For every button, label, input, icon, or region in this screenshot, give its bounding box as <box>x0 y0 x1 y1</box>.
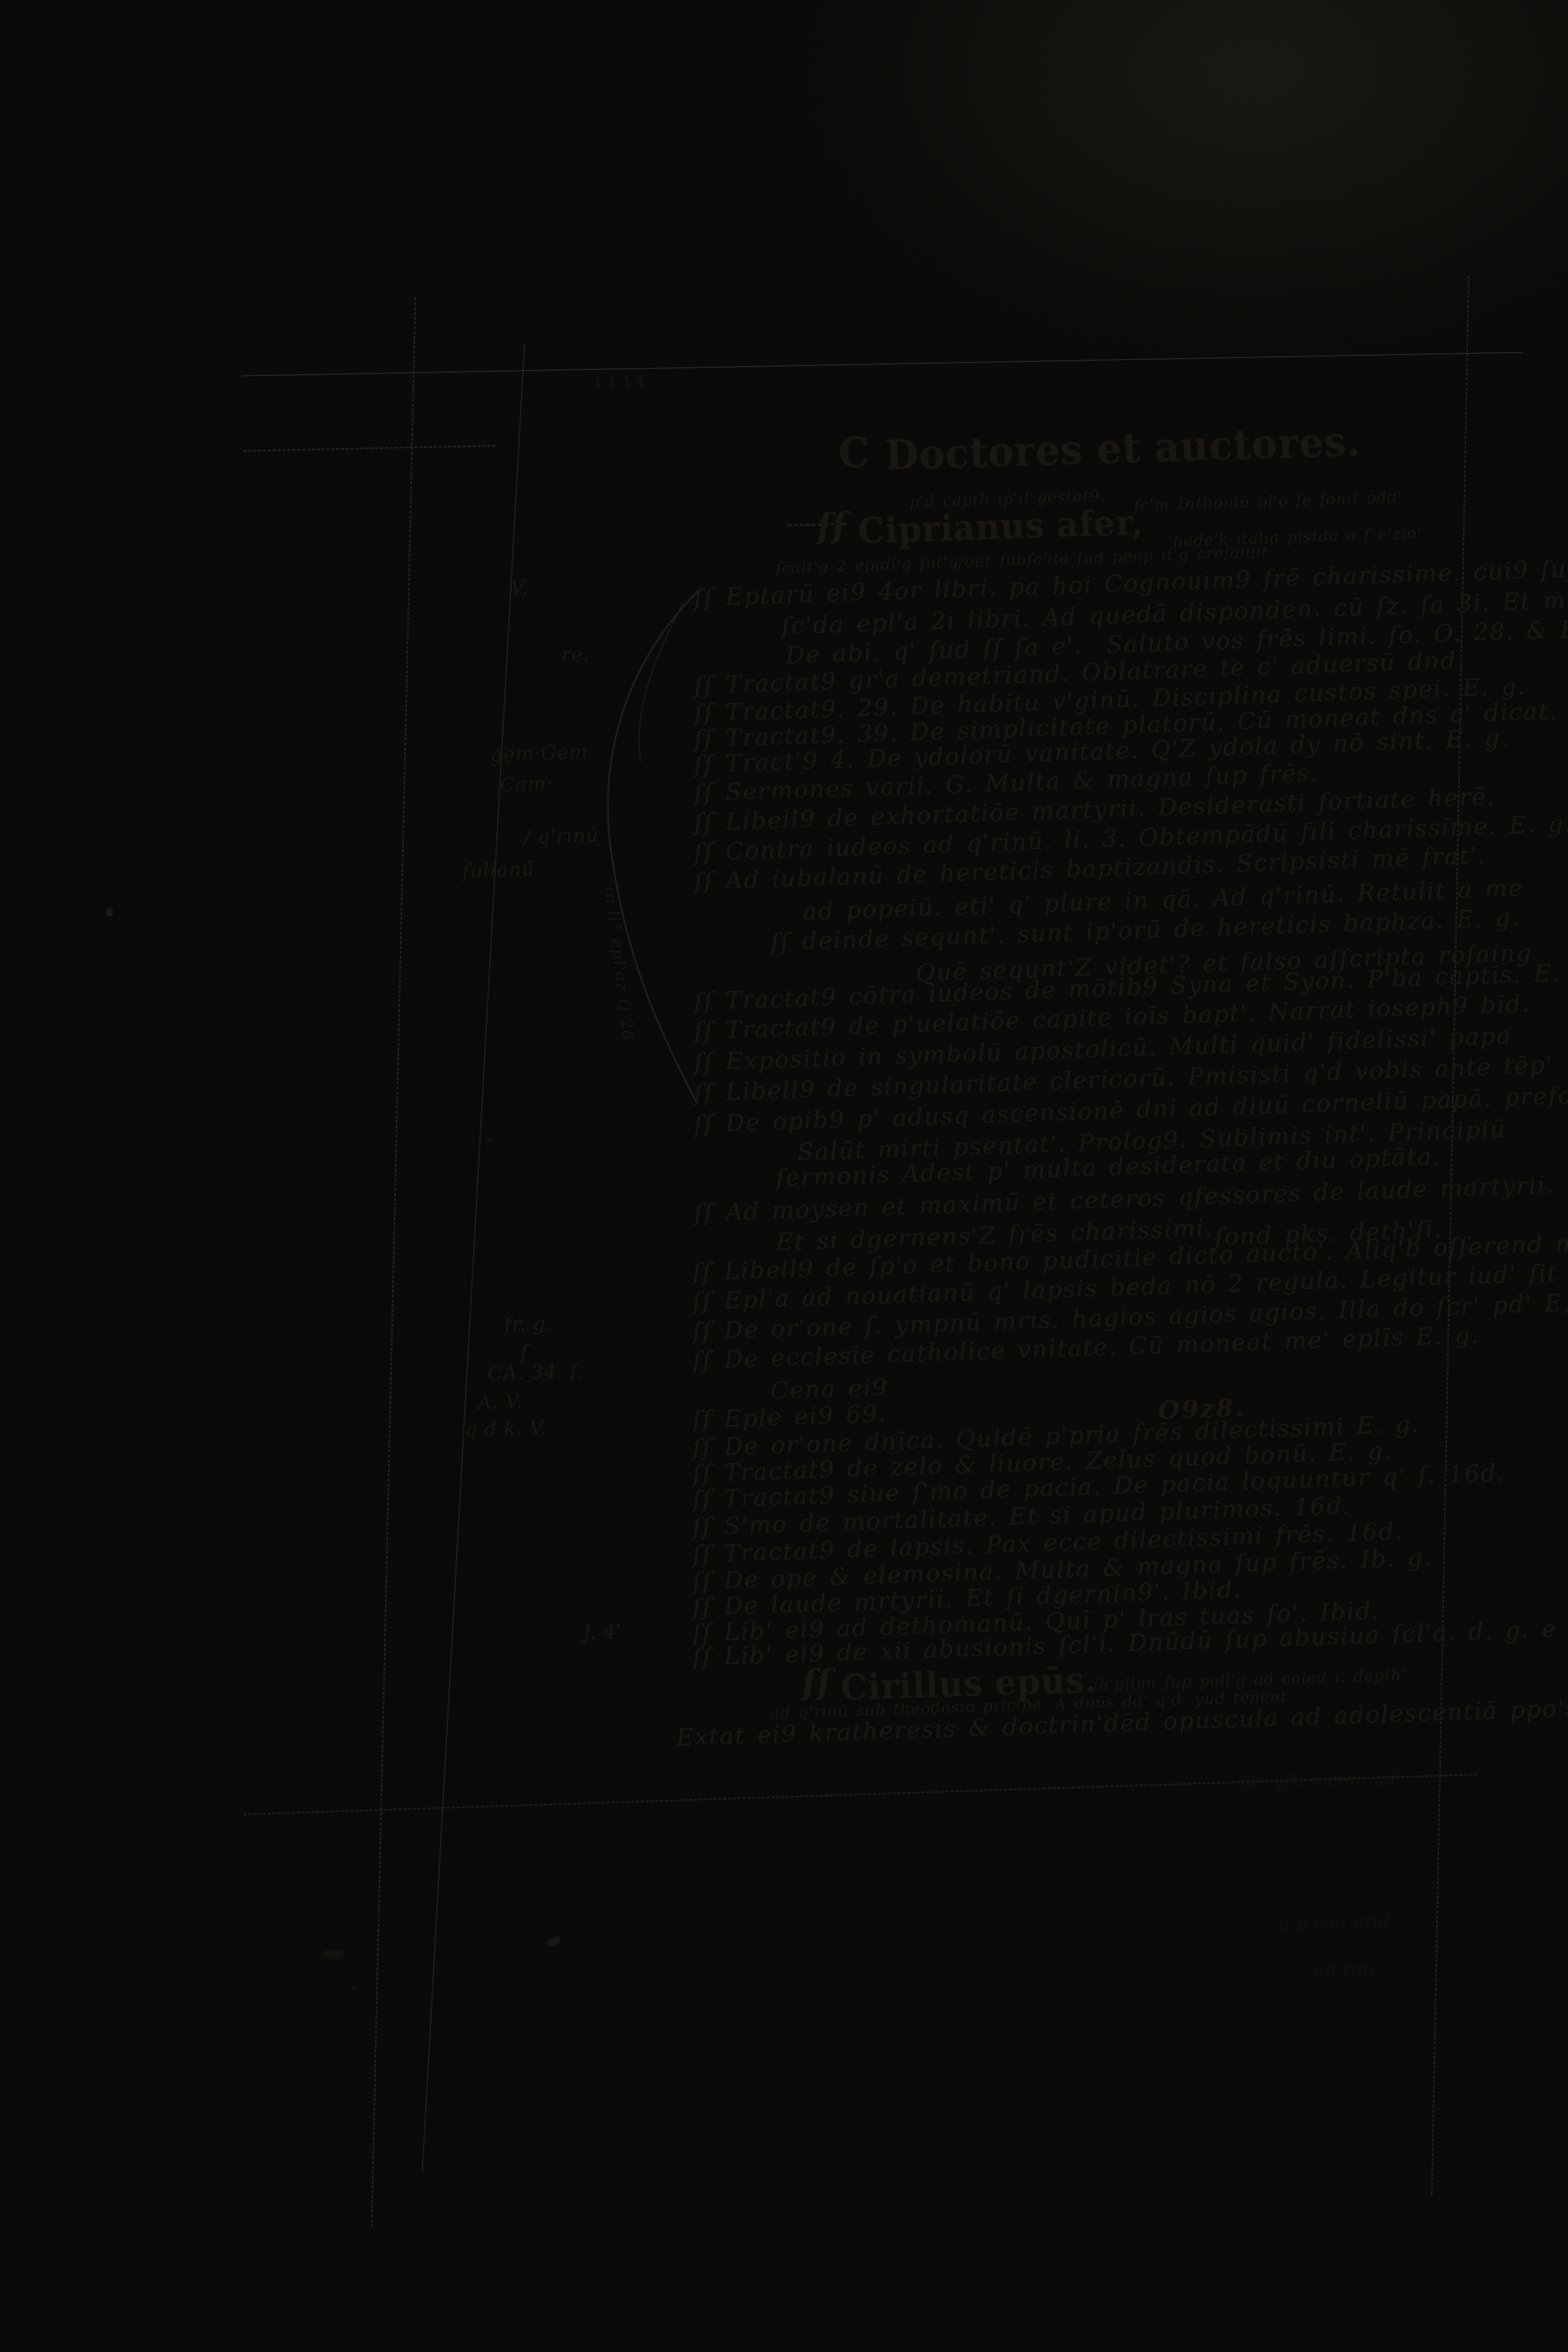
manuscript-photo: 1144CDoctores et auctores.p'd capth ip'i… <box>0 0 1568 2352</box>
faint-page-number: 1144 <box>592 371 648 394</box>
margin-note: / q'rinū <box>523 824 599 849</box>
margin-note: J. 4' <box>583 1621 622 1644</box>
paragraph-mark: ſſ <box>816 505 847 547</box>
section-heading-ciprianus: Ciprianus afer, <box>857 501 1144 551</box>
bleed-through-ghost: ad rop' <box>1314 1958 1380 1982</box>
marginal-gloss: ſc'm Dithoniū pl'o ſe ſonit odd' <box>1133 487 1403 515</box>
ink-smudge <box>322 1949 345 1959</box>
ink-speck <box>106 908 113 916</box>
margin-note: ſ <box>520 1342 529 1364</box>
margin-note: re, <box>561 643 590 666</box>
margin-note: A. V. <box>477 1390 523 1414</box>
ink-speck <box>488 1138 492 1142</box>
margin-note: fr. g. <box>504 1312 553 1336</box>
margin-note: ſulianū <box>462 858 535 883</box>
page-title: Doctores et auctores. <box>884 417 1361 479</box>
ink-speck <box>351 1986 356 1991</box>
margin-note-vertical: in li° epl'az Q 28 <box>600 886 638 1042</box>
margin-note: Cam· <box>500 773 554 796</box>
bleed-through-ghost: pin yſti mōiali qd' <box>1238 1767 1402 1794</box>
bleed-through-ghost: cū p'ſcia erid <box>1268 1910 1390 1936</box>
margin-note: CA. 34. ſ. <box>487 1360 585 1385</box>
margin-note: V. <box>510 577 529 599</box>
text-layer: 1144CDoctores et auctores.p'd capth ip'i… <box>0 0 1568 2352</box>
margin-note: gem·Gem <box>490 741 588 766</box>
capitulum-mark: C <box>838 428 871 477</box>
margin-note: q d k. V. <box>464 1417 548 1441</box>
paragraph-mark: ſſ <box>801 1662 832 1703</box>
